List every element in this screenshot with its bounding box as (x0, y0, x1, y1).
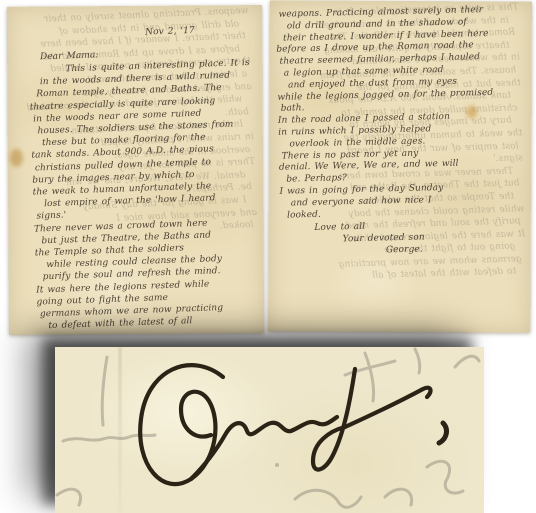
page2-ink-layer: weapons. Practicing almost surely on the… (265, 0, 534, 335)
page1-body-text: This is quite an interesting place. It i… (28, 57, 264, 333)
closing-signature-george: George. (386, 245, 423, 256)
closing-your-devoted-son: Your devoted son (343, 232, 425, 244)
letter-date: Nov 2, '17 (145, 26, 195, 38)
signature-george-script (55, 347, 484, 513)
showthrough-strokes (57, 349, 479, 507)
letter-page-2: This is quite an interesting place. It i… (268, 0, 532, 332)
page2-body-text: weapons. Practicing almost surely on the… (275, 4, 530, 222)
closing-love-to-all: Love to all (314, 222, 365, 233)
signature-ink-strokes (140, 365, 446, 484)
signature-detail-crop: George. (55, 347, 484, 513)
letter-page-1: weapons. Practicing almost surely on the… (7, 5, 264, 335)
page1-ink-layer: Nov 2, '17 Dear Mama: This is quite an i… (2, 2, 268, 339)
letter-salutation: Dear Mama: (40, 50, 99, 62)
letter-scan-collage: weapons. Practicing almost surely on the… (0, 0, 536, 513)
